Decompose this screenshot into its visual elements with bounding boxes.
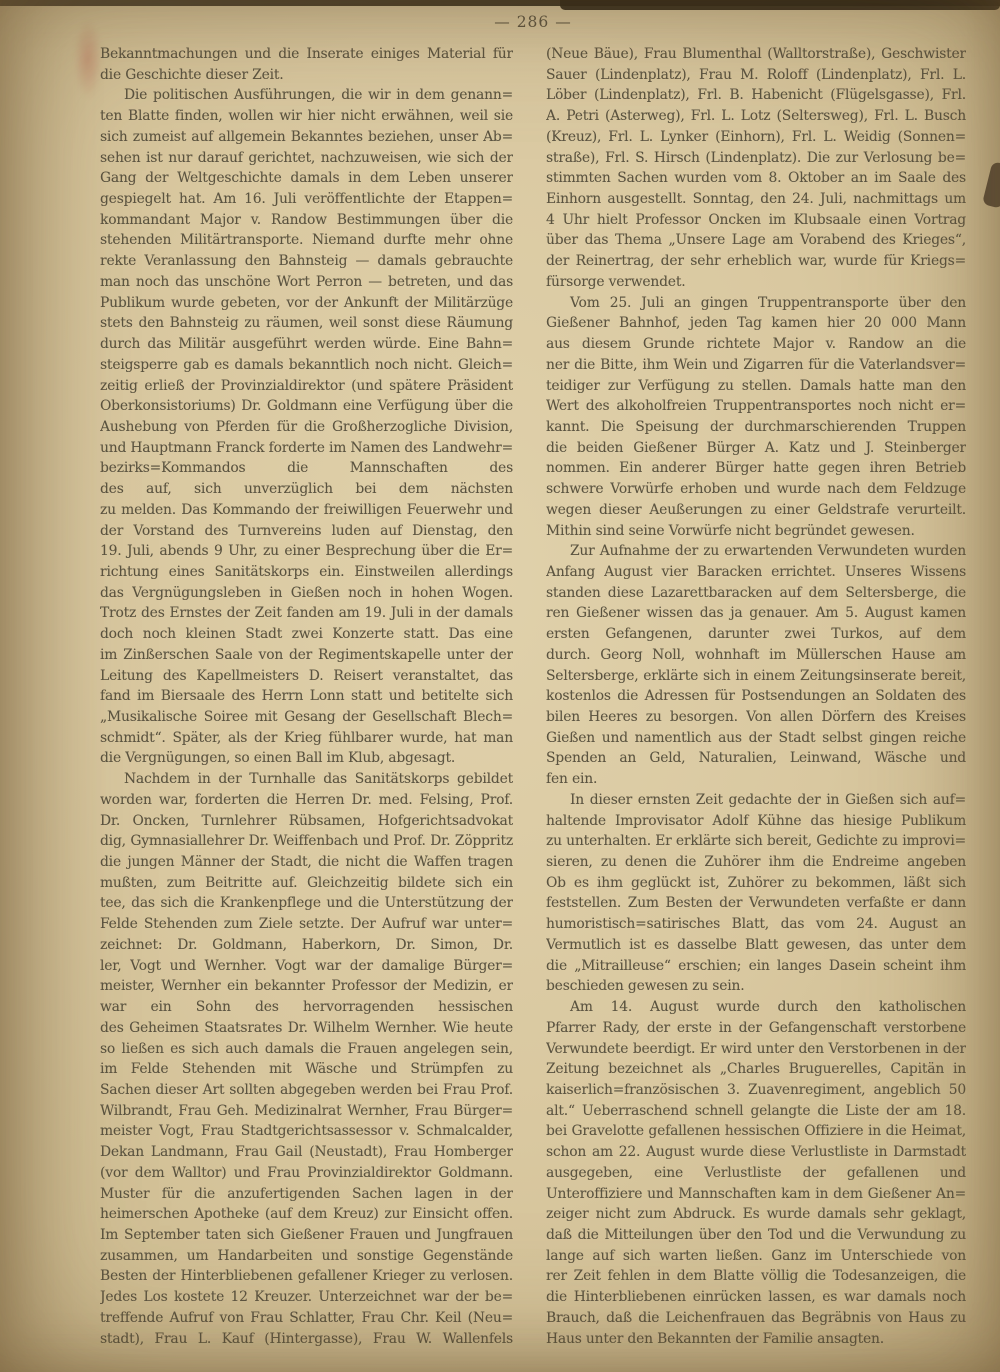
text-line: beschieden gewesen zu sein. [546, 976, 966, 997]
text-line: des auf, sich unverzüglich bei dem nächs… [100, 479, 513, 500]
text-line: zeichnet: Dr. Goldmann, Haberkorn, Dr. S… [100, 935, 513, 956]
text-line: sich zumeist auf allgemein Bekanntes bez… [100, 127, 513, 148]
text-line: Löber (Lindenplatz), Frl. B. Habenicht (… [546, 85, 966, 106]
text-line: kostenlos die Adressen für Postsendungen… [546, 686, 966, 707]
text-line: kannt. Die Speisung der durchmarschieren… [546, 417, 966, 438]
text-line: und Hauptmann Franck forderte im Namen d… [100, 438, 513, 459]
text-line: 19. Juli, abends 9 Uhr, zu einer Besprec… [100, 541, 513, 562]
text-line: Felde Stehenden zum Ziele setzte. Der Au… [100, 914, 513, 935]
text-line: Mithin sind seine Vorwürfe nicht begründ… [546, 521, 966, 542]
text-line: Seltersberge, erklärte sich in einem Zei… [546, 666, 966, 687]
text-line: Anfang August vier Baracken errichtet. U… [546, 562, 966, 583]
text-line: zeiger nicht zum Abdruck. Es wurde damal… [546, 1204, 966, 1225]
text-line: ner die Bitte, ihm Wein und Zigarren für… [546, 355, 966, 376]
text-line: meister Vogt, Frau Stadtgerichtsassessor… [100, 1121, 513, 1142]
text-line: Unteroffiziere und Mannschaften kam in d… [546, 1184, 966, 1205]
text-line: sieren, zu denen die Zuhörer ihm die End… [546, 852, 966, 873]
text-line: (Neue Bäue), Frau Blumenthal (Walltorstr… [546, 44, 966, 65]
text-line: Leitung des Kapellmeisters D. Reisert ve… [100, 666, 513, 687]
text-line: zu unterhalten. Er erklärte sich bereit,… [546, 831, 966, 852]
text-line: über das Thema „Unsere Lage am Vorabend … [546, 230, 966, 251]
text-line: die Hinterbliebenen einrücken lassen, es… [546, 1287, 966, 1308]
text-line: Vom 25. Juli an gingen Truppentransporte… [546, 293, 966, 314]
text-line: Zeitung bezeichnet als „Charles Bruguere… [546, 1059, 966, 1080]
text-line: die beiden Gießener Bürger A. Katz und J… [546, 438, 966, 459]
text-line: stimmten Sachen wurden vom 8. Oktober an… [546, 168, 966, 189]
text-line: heimerschen Apotheke (auf dem Kreuz) zur… [100, 1204, 513, 1225]
text-line: fen ein. [546, 769, 966, 790]
text-line: zu melden. Das Kommando der freiwilligen… [100, 500, 513, 521]
text-line: stehenden Militärtransporte. Niemand dur… [100, 230, 513, 251]
text-line: Oberkonsistoriums) Dr. Goldmann eine Ver… [100, 396, 513, 417]
text-line: Pfarrer Rady, der erste in der Gefangens… [546, 1018, 966, 1039]
text-line: Nachdem in der Turnhalle das Sanitätskor… [100, 769, 513, 790]
text-line: Jedes Los kostete 12 Kreuzer. Unterzeich… [100, 1287, 513, 1308]
text-line: Gießen und namentlich aus der Stadt selb… [546, 728, 966, 749]
text-line: Einhorn ausgestellt. Sonntag, den 24. Ju… [546, 189, 966, 210]
text-line: richtung eines Sanitätskorps ein. Einstw… [100, 562, 513, 583]
text-line: feststellen. Zum Besten der Verwundeten … [546, 893, 966, 914]
paragraph: In dieser ernsten Zeit gedachte der in G… [546, 790, 966, 997]
text-line: Muster für die anzufertigenden Sachen la… [100, 1184, 513, 1205]
book-page: — 286 — Bekanntmachungen und die Inserat… [0, 0, 1000, 1372]
paragraph: Zur Aufnahme der zu erwartenden Verwunde… [546, 541, 966, 790]
text-column-right: (Neue Bäue), Frau Blumenthal (Walltorstr… [546, 44, 966, 1349]
text-line: standen diese Lazarettbaracken auf dem S… [546, 583, 966, 604]
text-line: Aushebung von Pferden für die Großherzog… [100, 417, 513, 438]
text-line: Haus unter den Bekannten der Familie ans… [546, 1329, 966, 1350]
text-line: haltende Improvisator Adolf Kühne das hi… [546, 811, 966, 832]
text-line: tee, das sich die Krankenpflege und die … [100, 893, 513, 914]
text-line: 4 Uhr hielt Professor Oncken im Klubsaal… [546, 210, 966, 231]
text-line: humoristisch=satirisches Blatt, das vom … [546, 914, 966, 935]
text-line: bei Gravelotte gefallenen hessischen Off… [546, 1121, 966, 1142]
text-line: ler, Vogt und Wernher. Vogt war der dama… [100, 956, 513, 977]
text-line: fürsorge verwendet. [546, 272, 966, 293]
ink-smudge [74, 20, 102, 98]
text-line: Besten der Hinterbliebenen gefallener Kr… [100, 1266, 513, 1287]
text-line: Vermutlich ist es dasselbe Blatt gewesen… [546, 935, 966, 956]
text-line: rekte Veranlassung den Bahnsteig — damal… [100, 251, 513, 272]
paragraph: Vom 25. Juli an gingen Truppentransporte… [546, 293, 966, 542]
text-line: „Musikalische Soiree mit Gesang der Gese… [100, 707, 513, 728]
text-line: Sauer (Lindenplatz), Frau M. Roloff (Lin… [546, 65, 966, 86]
text-line: fand im Biersaale des Herrn Lonn statt u… [100, 686, 513, 707]
text-line: der Reinertrag, der sehr erheblich war, … [546, 251, 966, 272]
text-line: kommandant Major v. Randow Bestimmungen … [100, 210, 513, 231]
text-line: Am 14. August wurde durch den katholisch… [546, 997, 966, 1018]
text-line: teidiger zur Verfügung zu stellen. Damal… [546, 376, 966, 397]
text-line: zusammen, um Handarbeiten und sonstige G… [100, 1246, 513, 1267]
text-line: Dr. Oncken, Turnlehrer Rübsamen, Hofgeri… [100, 811, 513, 832]
text-line: ren Gießener wissen das ja genauer. Am 5… [546, 603, 966, 624]
text-line: stadt), Frau L. Kauf (Hintergasse), Frau… [100, 1329, 513, 1350]
paragraph: Am 14. August wurde durch den katholisch… [546, 997, 966, 1349]
text-line: die Vergnügungen, so einen Ball im Klub,… [100, 748, 513, 769]
text-line: gespiegelt hat. Am 16. Juli veröffentlic… [100, 189, 513, 210]
text-line: das Vergnügungsleben in Gießen noch in h… [100, 583, 513, 604]
text-line: die „Mitrailleuse“ erschien; ein langes … [546, 956, 966, 977]
text-line: Gang der Weltgeschichte damals in dem Le… [100, 168, 513, 189]
text-line: Publikum wurde gebeten, vor der Ankunft … [100, 293, 513, 314]
text-line: Brauch, daß die Leichenfrauen das Begräb… [546, 1308, 966, 1329]
text-line: Wert des alkoholfreien Truppentransporte… [546, 396, 966, 417]
text-line: lange auf sich warten ließen. Ganz im Un… [546, 1246, 966, 1267]
text-line: war ein Sohn des hervorragenden hessisch… [100, 997, 513, 1018]
text-line: Gießener Bahnhof, jeden Tag kamen hier 2… [546, 313, 966, 334]
text-line: daß die Mitteilungen über den Tod und di… [546, 1225, 966, 1246]
text-line: kaiserlich=französischen 3. Zuavenregime… [546, 1080, 966, 1101]
text-line: Im September taten sich Gießener Frauen … [100, 1225, 513, 1246]
text-line: ausgegeben, eine Verlustliste der gefall… [546, 1163, 966, 1184]
text-line: Bekanntmachungen und die Inserate einige… [100, 44, 513, 65]
text-line: bilen Heeres zu besorgen. Von allen Dörf… [546, 707, 966, 728]
text-line: durch. Georg Noll, wohnhaft im Müllersch… [546, 645, 966, 666]
text-line: Ob es ihm geglückt ist, Zuhörer zu bekom… [546, 873, 966, 894]
text-line: stets den Bahnsteig zu räumen, weil sons… [100, 313, 513, 334]
text-line: mußten, zum Beitritte auf. Gleichzeitig … [100, 873, 513, 894]
text-line: im Felde Stehenden mit Wäsche und Strümp… [100, 1059, 513, 1080]
text-line: In dieser ernsten Zeit gedachte der in G… [546, 790, 966, 811]
text-line: meister, Wernher ein bekannter Professor… [100, 976, 513, 997]
text-line: Spenden an Geld, Naturalien, Leinwand, W… [546, 748, 966, 769]
text-line: aus diesem Grunde richtete Major v. Rand… [546, 334, 966, 355]
text-line: nommen. Ein anderer Bürger hatte gegen i… [546, 458, 966, 479]
text-line: A. Petri (Asterweg), Frl. L. Lotz (Selte… [546, 106, 966, 127]
paragraph: Nachdem in der Turnhalle das Sanitätskor… [100, 769, 513, 1349]
text-line: wegen dieser Aeußerungen zu einer Geldst… [546, 500, 966, 521]
page-number-header: — 286 — [100, 13, 966, 31]
text-line: alt.“ Ueberraschend schnell gelangte die… [546, 1101, 966, 1122]
text-line: sehen ist nur darauf gerichtet, nachzuwe… [100, 148, 513, 169]
text-line: im Zinßerschen Saale von der Regimentska… [100, 645, 513, 666]
text-line: worden war, forderten die Herren Dr. med… [100, 790, 513, 811]
text-line: dig, Gymnasiallehrer Dr. Weiffenbach und… [100, 831, 513, 852]
text-line: ersten Gefangenen, darunter zwei Turkos,… [546, 624, 966, 645]
text-line: bezirks=Kommandos die Mannschaften des B… [100, 458, 513, 479]
text-line: des Geheimen Staatsrates Dr. Wilhelm Wer… [100, 1018, 513, 1039]
text-line: rer Zeit fehlen in dem Blatte völlig die… [546, 1266, 966, 1287]
paragraph: Bekanntmachungen und die Inserate einige… [100, 44, 513, 85]
text-line: straße), Frl. S. Hirsch (Lindenplatz). D… [546, 148, 966, 169]
text-line: (Kreuz), Frl. L. Lynker (Einhorn), Frl. … [546, 127, 966, 148]
paragraph: Die politischen Ausführungen, die wir in… [100, 85, 513, 769]
text-line: man noch das unschöne Wort Perron — betr… [100, 272, 513, 293]
text-line: schmidt“. Später, als der Krieg fühlbare… [100, 728, 513, 749]
text-line: Verwundete beerdigt. Er wird unter den V… [546, 1039, 966, 1060]
text-line: Die politischen Ausführungen, die wir in… [100, 85, 513, 106]
paragraph: (Neue Bäue), Frau Blumenthal (Walltorstr… [546, 44, 966, 293]
text-line: Wilbrandt, Frau Geh. Medizinalrat Wernhe… [100, 1101, 513, 1122]
text-line: Sachen dieser Art sollten abgegeben werd… [100, 1080, 513, 1101]
text-line: treffende Aufruf von Frau Schlatter, Fra… [100, 1308, 513, 1329]
text-line: Zur Aufnahme der zu erwartenden Verwunde… [546, 541, 966, 562]
text-line: so ließen es sich auch damals die Frauen… [100, 1039, 513, 1060]
text-line: schwere Vorwürfe erhoben und wurde nach … [546, 479, 966, 500]
text-line: Trotz des Ernstes der Zeit fanden am 19.… [100, 603, 513, 624]
text-line: Dekan Landmann, Frau Gail (Neustadt), Fr… [100, 1142, 513, 1163]
text-line: zeitig erließ der Provinzialdirektor (un… [100, 376, 513, 397]
text-line: die Geschichte dieser Zeit. [100, 65, 513, 86]
text-line: die jungen Männer der Stadt, die nicht d… [100, 852, 513, 873]
scan-top-edge-shadow-thick [560, 0, 1000, 10]
text-line: der Vorstand des Turnvereins luden auf D… [100, 521, 513, 542]
text-line: durch das Militär ausgeführt werden würd… [100, 334, 513, 355]
text-line: steigsperre gab es damals bekanntlich no… [100, 355, 513, 376]
text-line: schon am 22. August wurde diese Verlustl… [546, 1142, 966, 1163]
page-edge-mark [982, 161, 1000, 209]
text-line: doch noch kleinen Stadt zwei Konzerte st… [100, 624, 513, 645]
text-column-left: Bekanntmachungen und die Inserate einige… [100, 44, 513, 1349]
text-line: (vor dem Walltor) und Frau Provinzialdir… [100, 1163, 513, 1184]
text-line: ten Blatte finden, wollen wir hier nicht… [100, 106, 513, 127]
